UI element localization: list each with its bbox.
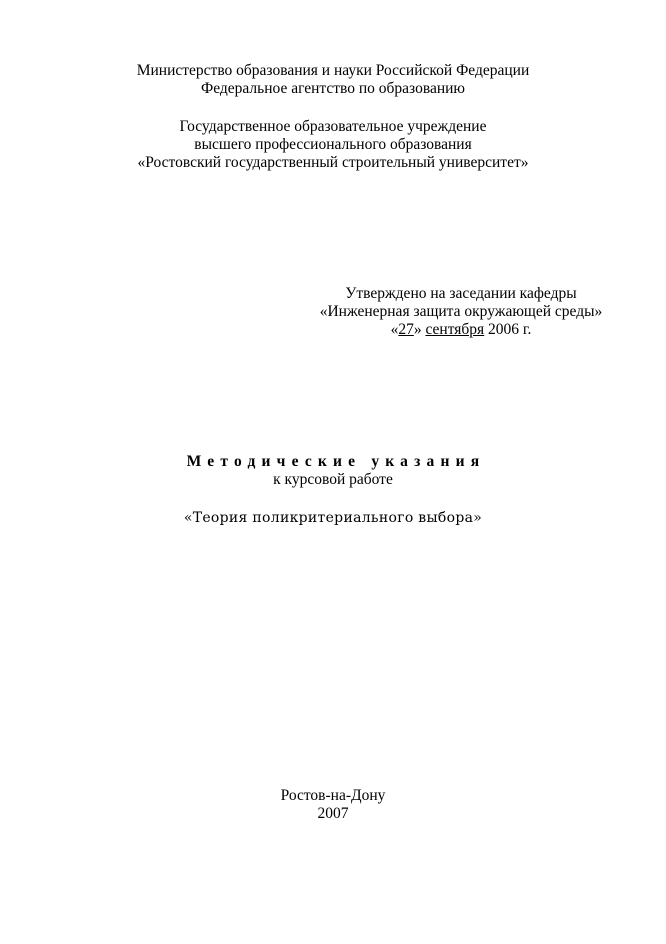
institution-type: Государственное образовательное учрежден…: [0, 118, 666, 136]
course-topic: «Теория поликритериального выбора»: [0, 509, 666, 527]
approval-date: «27» сентября 2006 г.: [306, 321, 616, 339]
document-subtitle: к курсовой работе: [0, 471, 666, 489]
date-day: 27: [398, 321, 414, 338]
institution-level: высшего профессионального образования: [0, 136, 666, 154]
approval-stamp: Утверждено на заседании кафедры «Инженер…: [306, 285, 616, 339]
agency-name: Федеральное агентство по образованию: [0, 80, 666, 98]
approval-statement: Утверждено на заседании кафедры: [306, 285, 616, 303]
date-year: 2006 г.: [488, 321, 531, 338]
publication-year: 2007: [0, 805, 666, 823]
university-name: «Ростовский государственный строительный…: [0, 154, 666, 172]
ministry-name: Министерство образования и науки Российс…: [0, 62, 666, 80]
publication-city: Ростов-на-Дону: [0, 787, 666, 805]
date-close-quote: »: [414, 321, 422, 338]
department-name: «Инженерная защита окружающей среды»: [306, 303, 616, 321]
ministry-header: Министерство образования и науки Российс…: [0, 62, 666, 98]
document-title: Методические указания: [0, 453, 666, 471]
date-month: сентября: [425, 321, 484, 338]
institution-header: Государственное образовательное учрежден…: [0, 118, 666, 172]
